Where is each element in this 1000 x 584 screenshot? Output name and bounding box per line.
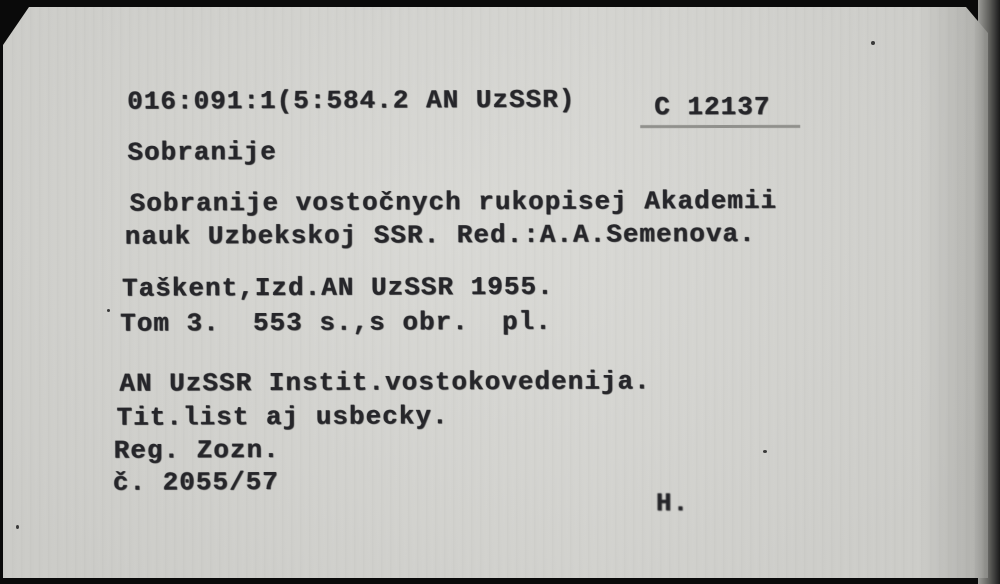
imprint-line-1: Taškent,Izd.AN UzSSR 1955.	[122, 272, 554, 304]
call-number: 016:091:1(5:584.2 AN UzSSR)	[127, 85, 575, 117]
catalog-card-paper: 016:091:1(5:584.2 AN UzSSR) C 12137 Sobr…	[3, 7, 988, 578]
title-line-1: Sobranije vostočnych rukopisej Akademii	[130, 186, 778, 219]
title-line-2: nauk Uzbekskoj SSR. Red.:A.A.Semenova.	[125, 219, 756, 252]
dust-speck	[763, 450, 767, 453]
shelf-mark-line: C 12137	[640, 92, 800, 128]
note-line-4: č. 2055/57	[113, 467, 279, 498]
imprint-line-2: Tom 3. 553 s.,s obr. pl.	[120, 307, 552, 339]
dust-speck	[871, 41, 875, 45]
shelf-mark: C 12137	[640, 92, 800, 128]
note-line-1: AN UzSSR Instit.vostokovedenija.	[119, 366, 650, 398]
note-line-2: Tit.list aj usbecky.	[116, 401, 448, 432]
cataloguer-initial: H.	[656, 488, 689, 518]
dust-speck	[16, 525, 19, 529]
note-line-3: Reg. Zozn.	[114, 435, 280, 466]
typewritten-text-block: 016:091:1(5:584.2 AN UzSSR) C 12137 Sobr…	[2, 5, 989, 580]
scanned-catalog-card: 016:091:1(5:584.2 AN UzSSR) C 12137 Sobr…	[0, 0, 1000, 584]
heading-entry: Sobranije	[127, 137, 277, 168]
dust-speck	[107, 309, 110, 312]
